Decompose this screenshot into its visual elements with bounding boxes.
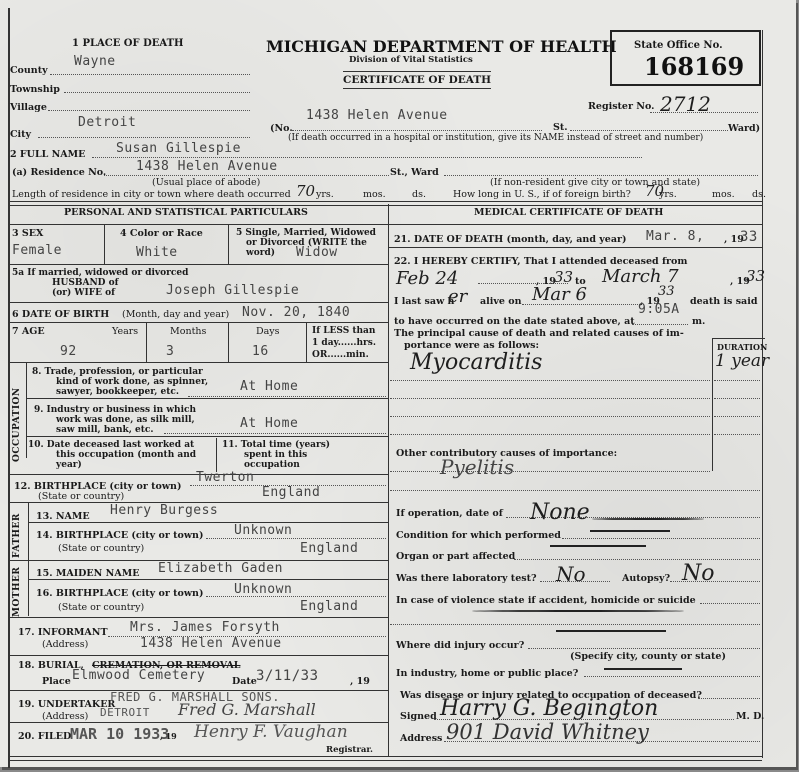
injury-sublabel: (Specify city, county or state): [570, 651, 726, 662]
spouse-label-2: HUSBAND of: [52, 278, 118, 288]
physician-signature: Harry G. Begington: [440, 696, 658, 721]
occupation-side-label: OCCUPATION: [12, 372, 22, 462]
physician-address-value: 901 David Whitney: [446, 720, 649, 744]
medical-heading: MEDICAL CERTIFICATE OF DEATH: [474, 207, 663, 218]
age-years-value: 92: [60, 344, 77, 359]
register-label: Register No.: [588, 101, 654, 112]
last-saw-year: 33: [658, 284, 675, 299]
village-label: Village: [10, 102, 47, 113]
last-saw-value: Mar 6: [532, 284, 587, 305]
certificate-title: CERTIFICATE OF DEATH: [343, 71, 491, 89]
autopsy-value: No: [682, 561, 715, 586]
condition-dash: [590, 530, 670, 532]
father-birthplace-country: England: [300, 541, 358, 556]
physician-address-label: Address: [400, 733, 442, 744]
industry-label-3: saw mill, bank, etc.: [56, 425, 154, 435]
birthplace-sublabel: (State or country): [38, 491, 124, 502]
full-name-label: 2 FULL NAME: [10, 149, 85, 160]
death-certificate: 1 PLACE OF DEATH MICHIGAN DEPARTMENT OF …: [0, 0, 796, 767]
undertaker-signature: Fred G. Marshall: [178, 700, 316, 719]
principal-cause-value: Myocarditis: [410, 350, 542, 375]
violence-label: In case of violence state if accident, h…: [396, 595, 696, 606]
us-residence-label: How long in U. S., if of foreign birth?: [453, 189, 631, 200]
mother-name-value: Elizabeth Gaden: [158, 561, 283, 576]
race-label: 4 Color or Race: [120, 228, 203, 239]
abode-note: (Usual place of abode): [152, 177, 260, 188]
industry-dash: [604, 668, 682, 670]
length-residence-label: Length of residence in city or town wher…: [12, 189, 291, 200]
trade-label-2: kind of work done, as spinner,: [56, 377, 208, 387]
industry-value: At Home: [240, 416, 298, 431]
left-border: [8, 8, 10, 768]
burial-date-value: 3/11/33: [256, 668, 319, 684]
father-birthplace-city: Unknown: [234, 523, 292, 538]
burial-place-label: Place: [42, 676, 71, 687]
residence-value: 1438 Helen Avenue: [136, 159, 278, 174]
full-name-value: Susan Gillespie: [116, 141, 241, 156]
birthplace-city: Twerton: [196, 470, 254, 485]
signed-label: Signed: [400, 711, 437, 722]
informant-address-value: 1438 Helen Avenue: [140, 636, 282, 651]
burial-19-label: , 19: [350, 676, 370, 687]
organ-dash: [550, 545, 646, 547]
mos-label: mos.: [363, 189, 386, 200]
total-time-label-3: occupation: [244, 460, 300, 470]
registrar-label: Registrar.: [326, 745, 373, 755]
last-saw-label: I last saw h: [394, 296, 454, 307]
city-label: City: [10, 129, 31, 140]
us-mos-label: mos.: [712, 189, 735, 200]
total-time-label-2: spent in this: [244, 450, 307, 460]
township-label: Township: [10, 84, 60, 95]
contributory-value: Pyelitis: [440, 455, 514, 479]
last-worked-label-3: year): [56, 460, 82, 470]
personal-heading: PERSONAL AND STATISTICAL PARTICULARS: [64, 207, 308, 218]
nonresident-note: (If non-resident give city or town and s…: [490, 177, 700, 188]
father-name-label: 13. NAME: [36, 511, 90, 522]
burial-date-label: Date: [232, 676, 257, 687]
date-of-death-year: 33: [740, 229, 758, 245]
age-months-value: 3: [166, 344, 174, 359]
trade-value: At Home: [240, 379, 298, 394]
mother-name-label: 15. MAIDEN NAME: [36, 568, 139, 579]
division-label: Division of Vital Statistics: [349, 55, 473, 65]
marital-label-3: word): [246, 248, 275, 258]
operation-dash: [592, 518, 704, 520]
industry-label-2: work was done, as silk mill,: [56, 415, 195, 425]
duration-value: 1 year: [715, 351, 769, 371]
registrar-signature: Henry F. Vaughan: [194, 722, 348, 742]
cause-label-1: The principal cause of death and related…: [394, 328, 684, 339]
spouse-label-1: 5a If married, widowed or divorced: [12, 268, 188, 278]
county-label: County: [10, 65, 48, 76]
dob-value: Nov. 20, 1840: [242, 305, 350, 320]
condition-label: Condition for which performed: [396, 530, 561, 541]
dob-label: 6 DATE OF BIRTH: [12, 309, 109, 320]
us-yrs-label: yrs.: [659, 189, 677, 200]
years-label: Years: [112, 326, 138, 337]
county-value: Wayne: [74, 54, 116, 69]
less-than-label-2: 1 day......hrs.: [312, 338, 376, 348]
filed-stamp: MAR 10 1933: [70, 725, 169, 743]
industry-place-label: In industry, home or public place?: [396, 668, 578, 679]
last-worked-label-2: this occupation (month and: [56, 450, 196, 460]
injury-dash: [556, 630, 666, 632]
city-value: Detroit: [78, 115, 136, 130]
filed-19-label: , 19: [160, 731, 177, 741]
informant-address-label: (Address): [42, 639, 88, 650]
informant-value: Mrs. James Forsyth: [130, 620, 280, 635]
st-ward-label: St., Ward: [390, 167, 439, 178]
us-ds-label: ds.: [752, 189, 766, 200]
filed-label: 20. FILED: [18, 731, 71, 742]
father-side-label: FATHER: [12, 508, 22, 558]
total-time-label-1: 11. Total time (years): [222, 440, 330, 450]
register-number: 2712: [660, 92, 711, 116]
operation-value: None: [530, 500, 590, 525]
hospital-note: (If death occurred in a hospital or inst…: [288, 133, 703, 143]
burial-place-value: Elmwood Cemetery: [72, 668, 205, 683]
violence-dash: [472, 610, 684, 612]
undertaker-city: DETROIT: [100, 706, 150, 719]
date-of-death-value: Mar. 8,: [646, 229, 704, 244]
state-office-number: 168169: [644, 52, 744, 81]
ward-label: Ward): [728, 123, 760, 134]
mother-birthplace-label: 16. BIRTHPLACE (city or town): [36, 588, 203, 599]
informant-label: 17. INFORMANT: [18, 627, 108, 638]
organ-label: Organ or part affected: [396, 551, 515, 562]
attended-to-year: 33: [746, 267, 765, 285]
days-label: Days: [256, 326, 280, 337]
last-worked-label-1: 10. Date deceased last worked at: [28, 440, 194, 450]
operation-label: If operation, date of: [396, 508, 503, 519]
state-office-label: State Office No.: [634, 40, 723, 51]
birthplace-country: England: [262, 485, 320, 500]
age-label: 7 AGE: [12, 326, 45, 337]
trade-label-1: 8. Trade, profession, or particular: [32, 367, 203, 377]
date-of-death-label: 21. DATE OF DEATH (month, day, and year): [394, 234, 627, 245]
injury-label: Where did injury occur?: [396, 640, 524, 651]
autopsy-label: Autopsy?: [622, 573, 670, 584]
less-than-label-3: OR......min.: [312, 350, 369, 360]
sex-value: Female: [12, 243, 62, 258]
trade-label-3: sawyer, bookkeeper, etc.: [56, 387, 179, 397]
race-value: White: [136, 245, 178, 260]
lab-test-label: Was there laboratory test?: [396, 573, 537, 584]
industry-label-1: 9. Industry or business in which: [34, 405, 196, 415]
alive-on-label: alive on: [480, 296, 522, 307]
months-label: Months: [170, 326, 206, 337]
residence-label: (a) Residence No.: [12, 167, 106, 178]
mother-birthplace-country: England: [300, 599, 358, 614]
spouse-value: Joseph Gillespie: [166, 283, 299, 298]
undertaker-address-label: (Address): [42, 711, 88, 722]
last-saw-her: er: [448, 286, 467, 307]
dob-sublabel: (Month, day and year): [122, 309, 229, 320]
less-than-label-1: If LESS than: [312, 326, 375, 336]
m-label: m.: [692, 316, 705, 327]
father-birthplace-label: 14. BIRTHPLACE (city or town): [36, 530, 203, 541]
yrs-label: yrs.: [316, 189, 334, 200]
age-days-value: 16: [252, 344, 269, 359]
marital-value: Widow: [296, 245, 338, 260]
lab-test-value: No: [556, 562, 586, 586]
mother-side-label: MOTHER: [12, 565, 22, 617]
marital-label-1: 5 Single, Married, Widowed: [236, 228, 376, 238]
department-title: MICHIGAN DEPARTMENT OF HEALTH: [266, 37, 617, 56]
death-address-value: 1438 Helen Avenue: [306, 108, 448, 123]
md-label: M. D.: [736, 711, 764, 722]
occurred-label: to have occurred on the date stated abov…: [394, 316, 635, 327]
st-label: St.: [553, 122, 568, 133]
state-office-box: State Office No. 168169: [610, 30, 761, 86]
mother-birthplace-sublabel: (State or country): [58, 602, 144, 613]
death-said-label: death is said: [690, 296, 757, 307]
father-name-value: Henry Burgess: [110, 503, 218, 518]
length-residence-years: 70: [296, 182, 315, 200]
place-of-death-heading: 1 PLACE OF DEATH: [72, 38, 184, 49]
father-birthplace-sublabel: (State or country): [58, 543, 144, 554]
sex-label: 3 SEX: [12, 228, 43, 239]
mother-birthplace-city: Unknown: [234, 582, 292, 597]
ds-label: ds.: [412, 189, 426, 200]
time-of-death-value: 9:05A: [638, 302, 680, 317]
spouse-label-3: (or) WIFE of: [52, 288, 115, 298]
duration-column: DURATION 1 year: [712, 338, 765, 471]
